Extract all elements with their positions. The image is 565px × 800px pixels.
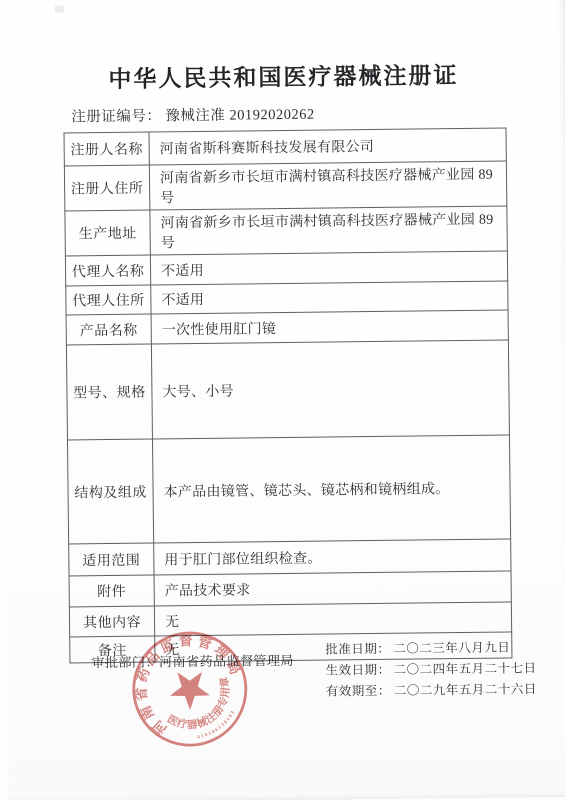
row-value: 大号、小号 [151,340,509,439]
row-value: 河南省新乡市长垣市满村镇高科技医疗器械产业园 89 号 [149,161,506,210]
date-label: 生效日期： [326,663,391,678]
date-label: 有效期至： [326,684,391,699]
registration-table-body: 注册人名称 河南省斯科赛斯科技发展有限公司 注册人住所 河南省新乡市长垣市满村镇… [64,128,512,663]
row-value: 产品技术要求 [154,571,511,606]
table-row: 适用范围 用于肛门部位组织检查。 [69,539,511,576]
approval-department-value: 河南省药品监督管理局 [159,653,294,670]
table-row: 型号、规格 大号、小号 [66,340,509,440]
row-label: 其他内容 [69,606,154,637]
date-value: 二〇二四年五月二十七日 [394,661,537,677]
registration-table: 注册人名称 河南省斯科赛斯科技发展有限公司 注册人住所 河南省新乡市长垣市满村镇… [63,127,512,663]
registration-number-label: 注册证编号： [71,108,161,125]
approval-department: 审批部门：河南省药品监督管理局 [91,650,294,671]
registration-number: 注册证编号：豫械注准 20192020262 [71,103,315,127]
registration-number-value: 豫械注准 20192020262 [165,107,315,125]
row-label: 代理人名称 [65,255,150,286]
date-line: 批准日期：二〇二三年八月九日 [325,637,536,660]
date-label: 批准日期： [325,642,390,657]
page-title: 中华人民共和国医疗器械注册证 [1,56,565,95]
date-value: 二〇二三年八月九日 [393,640,510,655]
row-label: 适用范围 [69,543,154,576]
row-value: 用于肛门部位组织检查。 [154,539,511,575]
scan-artifact [55,5,64,12]
date-line: 生效日期：二〇二四年五月二十七日 [325,658,536,681]
seal-bottom-text: 医疗器械注册专用章 [162,671,248,747]
date-value: 二〇二九年五月二十六日 [394,682,537,698]
date-block: 批准日期：二〇二三年八月九日 生效日期：二〇二四年五月二十七日 有效期至：二〇二… [325,637,537,702]
row-value: 河南省斯科赛斯科技发展有限公司 [149,128,506,165]
row-value: 无 [154,602,511,636]
certificate-sheet: 中华人民共和国医疗器械注册证 注册证编号：豫械注准 20192020262 注册… [0,0,565,800]
row-label: 结构及组成 [67,439,153,544]
table-row: 结构及组成 本产品由镜管、镜芯头、镜芯柄和镜柄组成。 [67,435,510,544]
date-line: 有效期至：二〇二九年五月二十六日 [326,679,537,702]
row-value: 河南省新乡市长垣市满村镇高科技医疗器械产业园 89 号 [150,206,507,255]
table-row: 注册人住所 河南省新乡市长垣市满村镇高科技医疗器械产业园 89 号 [64,161,506,211]
approval-department-label: 审批部门： [91,654,159,670]
row-value: 一次性使用肛门镜 [151,310,508,344]
row-label: 代理人住所 [66,285,151,315]
row-value: 不适用 [150,251,507,285]
row-label: 注册人名称 [64,132,149,166]
row-value: 本产品由镜管、镜芯头、镜芯柄和镜柄组成。 [152,435,510,543]
row-label: 型号、规格 [66,344,152,440]
row-label: 生产地址 [65,210,151,256]
table-row: 生产地址 河南省新乡市长垣市满村镇高科技医疗器械产业园 89 号 [65,206,507,256]
row-label: 附件 [69,575,154,607]
seal-serial-number: 410106538103 [195,708,240,745]
table-row: 注册人名称 河南省斯科赛斯科技发展有限公司 [64,128,506,166]
row-label: 注册人住所 [64,165,150,211]
table-row: 附件 产品技术要求 [69,571,511,607]
row-value: 不适用 [151,281,508,314]
row-label: 产品名称 [66,314,151,345]
